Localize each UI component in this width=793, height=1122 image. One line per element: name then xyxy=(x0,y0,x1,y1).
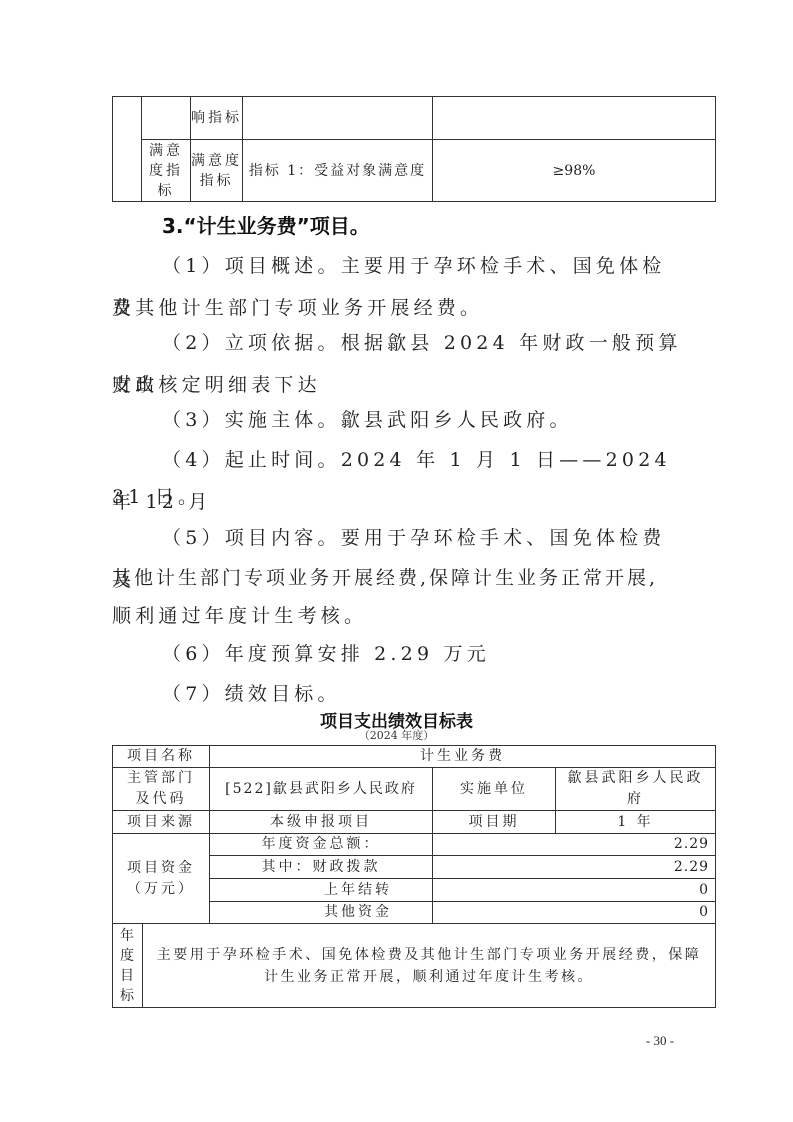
annual-target-text: 主要用于孕环检手术、国免体检费及其他计生部门专项业务开展经费，保障计生业务正常开… xyxy=(143,924,716,1008)
table-row: 项目名称 计生业务费 xyxy=(113,746,716,768)
source-value: 本级申报项目 xyxy=(210,811,433,834)
indicator-cell-name xyxy=(243,97,433,140)
paragraph-content-cont: 其他计生部门专项业务开展经费,保障计生业务正常开展, xyxy=(112,557,682,599)
project-name-label: 项目名称 xyxy=(113,746,210,768)
table-subtitle: （2024 年度） xyxy=(0,727,793,743)
funds-fiscal-value: 2.29 xyxy=(433,856,716,879)
project-name-value: 计生业务费 xyxy=(210,746,716,768)
indicator-cell-value xyxy=(433,97,716,140)
indicator-cell-value: ≥98% xyxy=(433,140,716,202)
indicator-cell-level2 xyxy=(142,97,191,140)
indicator-cell-level3: 满意度指标 xyxy=(191,140,243,202)
dept-value: [522]歙县武阳乡人民政府 xyxy=(210,768,433,811)
section-heading: 3.“计生业务费”项目。 xyxy=(162,210,370,239)
funds-carryover-value: 0 xyxy=(433,879,716,902)
table-row: 项目来源 本级申报项目 项目期 1 年 xyxy=(113,811,716,834)
indicator-cell-name: 指标 1：受益对象满意度 xyxy=(243,140,433,202)
table-row: 满意度指标 满意度指标 指标 1：受益对象满意度 ≥98% xyxy=(113,140,716,202)
paragraph-implementer: （3）实施主体。歙县武阳乡人民政府。 xyxy=(112,399,682,441)
paragraph-budget: （6）年度预算安排 2.29 万元 xyxy=(112,633,682,675)
funds-other-label: 其他资金 xyxy=(210,902,433,924)
period-label: 项目期 xyxy=(433,811,556,834)
dept-label: 主管部门及代码 xyxy=(113,768,210,811)
funds-carryover-label: 上年结转 xyxy=(210,879,433,902)
annual-target-label: 年度目标 xyxy=(113,924,143,1008)
indicator-table-continued: 响指标 满意度指标 满意度指标 指标 1：受益对象满意度 ≥98% xyxy=(112,96,716,202)
indicator-cell-level3: 响指标 xyxy=(191,97,243,140)
performance-target-table: 项目名称 计生业务费 主管部门及代码 [522]歙县武阳乡人民政府 实施单位 歙… xyxy=(112,745,716,1008)
period-value: 1 年 xyxy=(556,811,716,834)
source-label: 项目来源 xyxy=(113,811,210,834)
funds-other-value: 0 xyxy=(433,902,716,924)
table-row: 项目资金（万元） 年度资金总额： 2.29 xyxy=(113,834,716,856)
indicator-cell-level2: 满意度指标 xyxy=(142,140,191,202)
funds-total-label: 年度资金总额： xyxy=(210,834,433,856)
table-row: 响指标 xyxy=(113,97,716,140)
funds-total-value: 2.29 xyxy=(433,834,716,856)
table-row: 主管部门及代码 [522]歙县武阳乡人民政府 实施单位 歙县武阳乡人民政府 xyxy=(113,768,716,811)
table-row: 年度目标 主要用于孕环检手术、国免体检费及其他计生部门专项业务开展经费，保障计生… xyxy=(113,924,716,1008)
funds-fiscal-label: 其中：财政拨款 xyxy=(210,856,433,879)
paragraph-period-cont: 31 日。 xyxy=(112,476,682,518)
paragraph-content-cont2: 顺利通过年度计生考核。 xyxy=(112,595,682,637)
impl-unit-label: 实施单位 xyxy=(433,768,556,811)
funds-label: 项目资金（万元） xyxy=(113,834,210,924)
impl-unit-value: 歙县武阳乡人民政府 xyxy=(556,768,716,811)
page-number: - 30 - xyxy=(620,1033,700,1049)
indicator-cell-level1 xyxy=(113,97,142,202)
